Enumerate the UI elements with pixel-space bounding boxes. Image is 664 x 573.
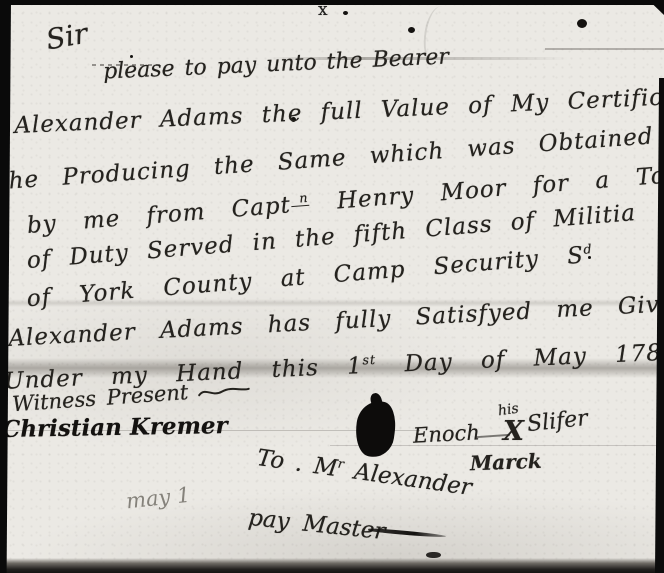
signature-mark-label: Marck — [470, 449, 542, 475]
ink-dot — [577, 19, 587, 28]
signature-surname: Slifer — [526, 406, 589, 437]
ink-dot — [343, 11, 348, 15]
scan-border-right — [655, 78, 664, 573]
salutation-line: Sir — [43, 17, 90, 57]
superscript: n — [290, 190, 309, 207]
scan-border-left — [0, 0, 11, 573]
document-scan: x Sir please to pay unto the Bearer Alex… — [0, 0, 664, 573]
scan-border-bottom — [0, 558, 664, 573]
superscript: r — [337, 456, 345, 472]
opening-line: please to pay unto the Bearer — [103, 44, 450, 84]
signature-cross-mark: X — [503, 416, 524, 447]
smudge-line — [545, 48, 664, 50]
flourish-mark — [198, 382, 251, 400]
mark-signature-block: Enoch his X Slifer Marck — [410, 402, 620, 477]
superscript: st — [362, 352, 376, 368]
scan-border-top — [0, 0, 664, 5]
address-role-line: pay Master — [247, 505, 387, 545]
pencil-note: may 1 — [125, 483, 191, 514]
signature-given-name: Enoch — [412, 420, 480, 447]
ink-dot — [408, 27, 415, 33]
superscript: d — [583, 241, 593, 257]
address-to-text: To . M — [255, 445, 339, 482]
witness-signature: Christian Kremer — [2, 412, 228, 443]
